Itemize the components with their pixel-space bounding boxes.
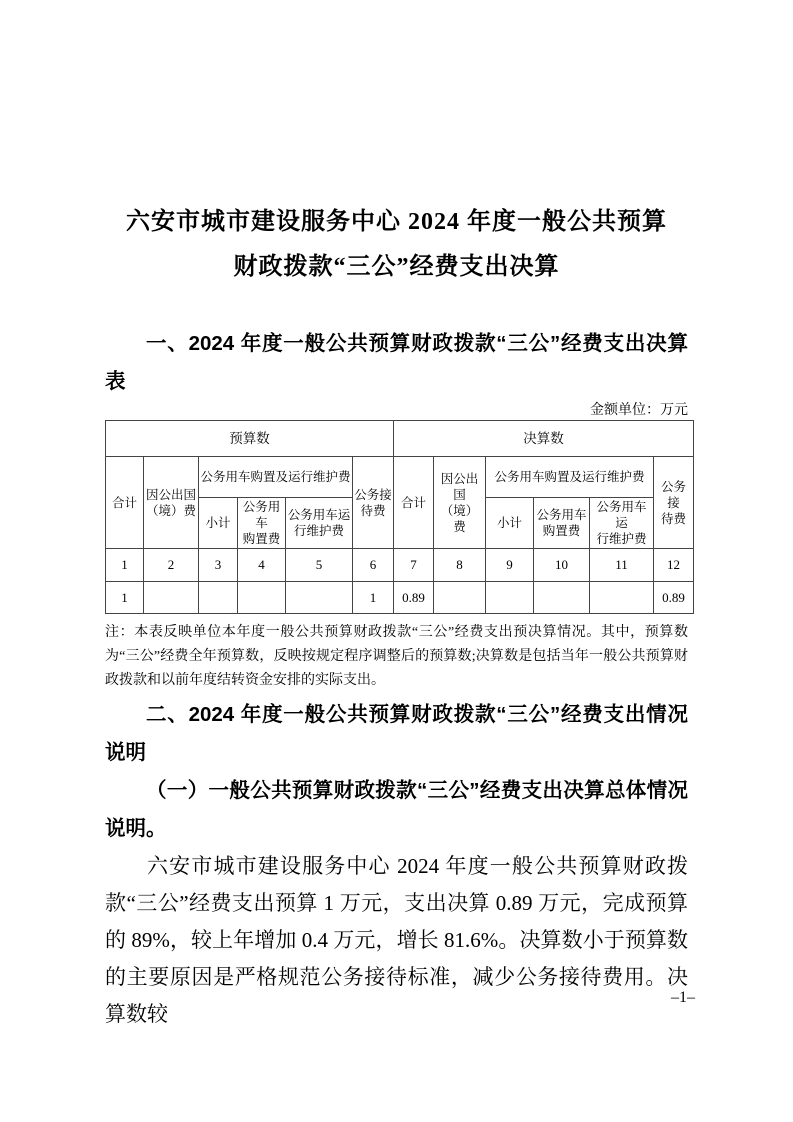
header-budget-vehicle-purchase: 公务用车 购置费 bbox=[238, 498, 286, 549]
col-number-cell: 11 bbox=[590, 549, 654, 582]
header-budget-group: 预算数 bbox=[106, 421, 394, 457]
header-budget-subtotal: 小计 bbox=[199, 498, 238, 549]
data-cell-final-vehicle-maintenance bbox=[590, 582, 654, 614]
header-final-subtotal: 小计 bbox=[486, 498, 534, 549]
data-row: 1 1 0.89 0.89 bbox=[106, 582, 694, 614]
data-cell-final-reception: 0.89 bbox=[654, 582, 694, 614]
data-cell-budget-total: 1 bbox=[106, 582, 144, 614]
col-number-cell: 8 bbox=[434, 549, 486, 582]
col-number-cell: 10 bbox=[534, 549, 590, 582]
subsection1-heading: （一）一般公共预算财政拨款“三公”经费支出决算总体情况说明。 bbox=[105, 772, 688, 848]
document-page: 六安市城市建设服务中心 2024 年度一般公共预算 财政拨款“三公”经费支出决算… bbox=[0, 0, 793, 1122]
section1-heading: 一、2024 年度一般公共预算财政拨款“三公”经费支出决算表 bbox=[105, 325, 688, 401]
col-number-cell: 7 bbox=[394, 549, 434, 582]
data-cell-budget-vehicle-maintenance bbox=[286, 582, 353, 614]
col-number-cell: 12 bbox=[654, 549, 694, 582]
col-number-cell: 9 bbox=[486, 549, 534, 582]
header-final-group: 决算数 bbox=[394, 421, 694, 457]
col-number-cell: 2 bbox=[144, 549, 199, 582]
document-title-line1: 六安市城市建设服务中心 2024 年度一般公共预算 bbox=[105, 200, 688, 245]
col-number-cell: 5 bbox=[286, 549, 353, 582]
header-budget-vehicle-group: 公务用车购置及运行维护费 bbox=[199, 457, 353, 498]
document-title-line2: 财政拨款“三公”经费支出决算 bbox=[105, 245, 688, 290]
header-budget-abroad: 因公出国 （境）费 bbox=[144, 457, 199, 549]
document-title: 六安市城市建设服务中心 2024 年度一般公共预算 财政拨款“三公”经费支出决算 bbox=[105, 200, 688, 290]
col-number-cell: 3 bbox=[199, 549, 238, 582]
col-number-cell: 4 bbox=[238, 549, 286, 582]
amount-unit-label: 金额单位：万元 bbox=[105, 402, 688, 419]
page-number: –1– bbox=[671, 988, 695, 1008]
header-budget-total: 合计 bbox=[106, 457, 144, 549]
header-budget-reception: 公务接 待费 bbox=[353, 457, 394, 549]
data-cell-budget-reception: 1 bbox=[353, 582, 394, 614]
data-cell-final-vehicle-purchase bbox=[534, 582, 590, 614]
data-cell-budget-abroad bbox=[144, 582, 199, 614]
header-final-vehicle-maintenance: 公务用车运 行维护费 bbox=[590, 498, 654, 549]
header-final-total: 合计 bbox=[394, 457, 434, 549]
table-group-header-row: 预算数 决算数 bbox=[106, 421, 694, 457]
data-cell-final-subtotal bbox=[486, 582, 534, 614]
three-public-expense-table: 预算数 决算数 合计 因公出国 （境）费 公务用车购置及运行维护费 公务接 待费… bbox=[105, 420, 694, 614]
data-cell-budget-subtotal bbox=[199, 582, 238, 614]
col-number-cell: 1 bbox=[106, 549, 144, 582]
data-cell-final-abroad bbox=[434, 582, 486, 614]
section2-heading: 二、2024 年度一般公共预算财政拨款“三公”经费支出情况说明 bbox=[105, 696, 688, 772]
header-final-reception: 公务接 待费 bbox=[654, 457, 694, 549]
page-content: 六安市城市建设服务中心 2024 年度一般公共预算 财政拨款“三公”经费支出决算… bbox=[105, 0, 688, 1033]
data-cell-budget-vehicle-purchase bbox=[238, 582, 286, 614]
col-number-cell: 6 bbox=[353, 549, 394, 582]
header-final-vehicle-purchase: 公务用车 购置费 bbox=[534, 498, 590, 549]
body-paragraph: 六安市城市建设服务中心 2024 年度一般公共预算财政拨款“三公”经费支出预算 … bbox=[105, 848, 688, 1033]
header-final-vehicle-group: 公务用车购置及运行维护费 bbox=[486, 457, 654, 498]
data-cell-final-total: 0.89 bbox=[394, 582, 434, 614]
table-header-row-upper: 合计 因公出国 （境）费 公务用车购置及运行维护费 公务接 待费 合计 因公出国… bbox=[106, 457, 694, 498]
column-number-row: 1 2 3 4 5 6 7 8 9 10 11 12 bbox=[106, 549, 694, 582]
table-note: 注：本表反映单位本年度一般公共预算财政拨款“三公”经费支出预决算情况。其中，预算… bbox=[105, 621, 688, 693]
header-budget-vehicle-maintenance: 公务用车运 行维护费 bbox=[286, 498, 353, 549]
header-final-abroad: 因公出国 （境）费 bbox=[434, 457, 486, 549]
